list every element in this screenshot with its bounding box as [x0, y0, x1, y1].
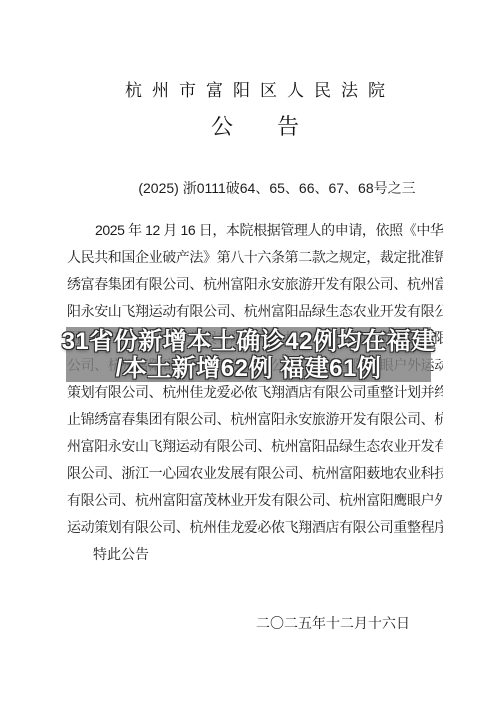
body-line: 有限公司、杭州富阳富茂林业开发有限公司、杭州富阳鹰眼户外 — [67, 487, 443, 514]
news-headline-banner[interactable]: 31省份新增本土确诊42例均在福建 /本土新增62例 福建61例 — [66, 327, 431, 382]
body-line: 止锦绣富春集团有限公司、杭州富阳永安旅游开发有限公司、杭 — [67, 406, 443, 433]
body-line: 运动策划有限公司、杭州佳龙爱必侬飞翔酒店有限公司重整程序。 — [67, 514, 443, 541]
body-line: 限公司、浙江一心园农业发展有限公司、杭州富阳薮地农业科技 — [67, 460, 443, 487]
headline-line-2: /本土新增62例 福建61例 — [116, 355, 382, 382]
body-line: 绣富春集团有限公司、杭州富阳永安旅游开发有限公司、杭州富 — [67, 271, 443, 298]
notice-date: 二〇二五年十二月十六日 — [67, 610, 443, 637]
body-line: 2025 年 12 月 16 日，本院根据管理人的申请，依照《中华 — [67, 217, 443, 244]
closing-statement: 特此公告 — [67, 541, 443, 568]
court-name-heading: 杭州市富阳区人民法院 — [67, 76, 443, 101]
notice-content: 杭州市富阳区人民法院 公 告 (2025) 浙0111破64、65、66、67、… — [67, 0, 443, 637]
body-line: 州富阳永安山飞翔运动有限公司、杭州富阳品绿生态农业开发有 — [67, 433, 443, 460]
case-number: (2025) 浙0111破64、65、66、67、68号之三 — [89, 178, 465, 198]
body-line: 策划有限公司、杭州佳龙爱必侬飞翔酒店有限公司重整计划并终 — [67, 379, 443, 406]
court-notice-page: 杭州市富阳区人民法院 公 告 (2025) 浙0111破64、65、66、67、… — [0, 0, 500, 706]
notice-title: 公 告 — [67, 110, 443, 141]
headline-line-1: 31省份新增本土确诊42例均在福建 — [62, 328, 436, 355]
body-line: 人民共和国企业破产法》第八十六条第二款之规定，裁定批准锦 — [67, 244, 443, 271]
body-line: 阳永安山飞翔运动有限公司、杭州富阳品绿生态农业开发有限公 — [67, 298, 443, 325]
